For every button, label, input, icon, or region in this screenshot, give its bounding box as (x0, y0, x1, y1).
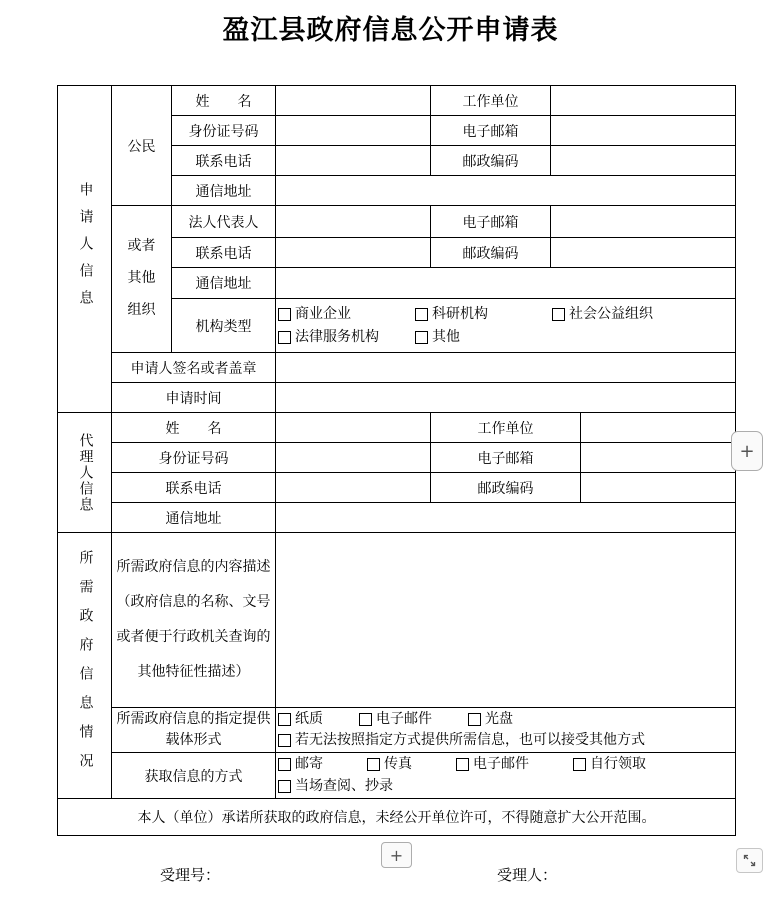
checkbox-option-fax[interactable]: 传真 (367, 754, 412, 776)
section-applicant-info: 申请人信息 (58, 86, 112, 413)
agent-email-label: 电子邮箱 (431, 443, 581, 473)
checkbox-icon[interactable] (573, 758, 586, 771)
agent-name-label: 姓 名 (112, 413, 276, 443)
section-label-required-info: 所需政府信息情况 (75, 550, 95, 782)
citizen-email-value-cell[interactable] (551, 116, 736, 146)
form-page: 盈江县政府信息公开申请表 申请人信息 公民 姓 名 工作单位 身份证号码 电子邮… (0, 0, 781, 898)
citizen-email-label: 电子邮箱 (431, 116, 551, 146)
expand-icon (743, 854, 756, 867)
org-legal-rep-label: 法人代表人 (172, 206, 276, 238)
citizen-name-label: 姓 名 (172, 86, 276, 116)
checkbox-label: 当场查阅、抄录 (295, 776, 393, 798)
signature-label: 申请人签名或者盖章 (112, 353, 276, 383)
info-description-value-cell[interactable] (276, 533, 736, 708)
info-description-label: 所需政府信息的内容描述（政府信息的名称、文号或者便于行政机关查询的其他特征性描述… (112, 533, 276, 708)
checkbox-option-other-org[interactable]: 其他 (415, 326, 552, 349)
info-obtain-options-cell: 邮寄 传真 电子邮件 自行领取 当场查阅、抄录 (276, 753, 736, 799)
agent-name-value-cell[interactable] (276, 413, 431, 443)
checkbox-label: 若无法按照指定方式提供所需信息，也可以接受其他方式 (295, 730, 645, 751)
checkbox-option-research[interactable]: 科研机构 (415, 303, 552, 326)
citizen-id-label: 身份证号码 (172, 116, 276, 146)
checkbox-label: 社会公益组织 (569, 303, 653, 326)
checkbox-icon[interactable] (278, 734, 291, 747)
checkbox-label: 法律服务机构 (295, 326, 379, 349)
citizen-phone-label: 联系电话 (172, 146, 276, 176)
plus-icon: + (390, 846, 403, 865)
checkbox-option-self-pickup[interactable]: 自行领取 (573, 754, 646, 776)
org-phone-value-cell[interactable] (276, 238, 431, 268)
apply-time-value-cell[interactable] (276, 383, 736, 413)
info-carrier-options-cell: 纸质 电子邮件 光盘 若无法按照指定方式提供所需信息，也可以接受其他方式 (276, 708, 736, 753)
agent-address-label: 通信地址 (112, 503, 276, 533)
checkbox-label: 自行领取 (590, 754, 646, 776)
category-organization: 或者 其他 组织 (112, 206, 172, 353)
checkbox-label: 其他 (432, 326, 460, 349)
checkbox-option-mail[interactable]: 邮寄 (278, 754, 323, 776)
agent-id-value-cell[interactable] (276, 443, 431, 473)
signature-value-cell[interactable] (276, 353, 736, 383)
agent-work-unit-value-cell[interactable] (581, 413, 736, 443)
section-label-agent: 代理人信息 (75, 433, 95, 513)
checkbox-icon[interactable] (278, 331, 291, 344)
checkbox-label: 电子邮件 (473, 754, 529, 776)
section-required-info: 所需政府信息情况 (58, 533, 112, 799)
agent-work-unit-label: 工作单位 (431, 413, 581, 443)
checkbox-option-legal-service[interactable]: 法律服务机构 (278, 326, 415, 349)
citizen-postcode-value-cell[interactable] (551, 146, 736, 176)
agent-phone-label: 联系电话 (112, 473, 276, 503)
plus-icon: + (739, 441, 754, 462)
acceptance-person-label: 受理人： (497, 864, 557, 885)
org-type-options-cell: 商业企业 科研机构 社会公益组织 法律服务机构 其他 (276, 299, 736, 353)
citizen-id-value-cell[interactable] (276, 116, 431, 146)
org-email-label: 电子邮箱 (431, 206, 551, 238)
checkbox-icon[interactable] (278, 758, 291, 771)
org-address-label: 通信地址 (172, 268, 276, 299)
checkbox-icon[interactable] (456, 758, 469, 771)
checkbox-label: 纸质 (295, 709, 323, 730)
checkbox-option-commercial[interactable]: 商业企业 (278, 303, 415, 326)
agent-address-value-cell[interactable] (276, 503, 736, 533)
agent-email-value-cell[interactable] (581, 443, 736, 473)
checkbox-icon[interactable] (468, 713, 481, 726)
agent-postcode-value-cell[interactable] (581, 473, 736, 503)
citizen-name-value-cell[interactable] (276, 86, 431, 116)
checkbox-icon[interactable] (415, 308, 428, 321)
org-legal-rep-value-cell[interactable] (276, 206, 431, 238)
info-carrier-label: 所需政府信息的指定提供载体形式 (112, 708, 276, 753)
checkbox-label: 传真 (384, 754, 412, 776)
citizen-address-value-cell[interactable] (276, 176, 736, 206)
section-agent-info: 代理人信息 (58, 413, 112, 533)
add-button-bottom[interactable]: + (381, 842, 412, 868)
checkbox-icon[interactable] (278, 713, 291, 726)
checkbox-icon[interactable] (552, 308, 565, 321)
checkbox-label: 科研机构 (432, 303, 488, 326)
org-postcode-label: 邮政编码 (431, 238, 551, 268)
checkbox-icon[interactable] (415, 331, 428, 344)
category-citizen: 公民 (112, 86, 172, 206)
checkbox-label: 邮寄 (295, 754, 323, 776)
checkbox-label: 商业企业 (295, 303, 351, 326)
promise-statement: 本人（单位）承诺所获取的政府信息，未经公开单位许可，不得随意扩大公开范围。 (58, 799, 736, 836)
checkbox-label: 电子邮件 (376, 709, 432, 730)
agent-id-label: 身份证号码 (112, 443, 276, 473)
checkbox-option-paper[interactable]: 纸质 (278, 709, 323, 730)
info-obtain-label: 获取信息的方式 (112, 753, 276, 799)
checkbox-icon[interactable] (278, 308, 291, 321)
acceptance-no-label: 受理号： (160, 864, 220, 885)
checkbox-icon[interactable] (367, 758, 380, 771)
citizen-postcode-label: 邮政编码 (431, 146, 551, 176)
checkbox-option-accept-other-way[interactable]: 若无法按照指定方式提供所需信息，也可以接受其他方式 (278, 730, 645, 751)
org-email-value-cell[interactable] (551, 206, 736, 238)
checkbox-icon[interactable] (278, 780, 291, 793)
agent-phone-value-cell[interactable] (276, 473, 431, 503)
agent-postcode-label: 邮政编码 (431, 473, 581, 503)
citizen-address-label: 通信地址 (172, 176, 276, 206)
citizen-phone-value-cell[interactable] (276, 146, 431, 176)
org-address-value-cell[interactable] (276, 268, 736, 299)
org-postcode-value-cell[interactable] (551, 238, 736, 268)
section-label-applicant: 申请人信息 (75, 182, 95, 317)
page-title: 盈江县政府信息公开申请表 (0, 8, 781, 47)
citizen-work-unit-value-cell[interactable] (551, 86, 736, 116)
checkbox-option-onsite-read-copy[interactable]: 当场查阅、抄录 (278, 776, 393, 798)
checkbox-option-cd[interactable]: 光盘 (468, 709, 513, 730)
checkbox-option-public-welfare[interactable]: 社会公益组织 (552, 303, 689, 326)
add-button-right[interactable]: + (731, 431, 763, 471)
citizen-work-unit-label: 工作单位 (431, 86, 551, 116)
org-type-label: 机构类型 (172, 299, 276, 353)
expand-button[interactable] (736, 848, 763, 873)
checkbox-option-email-carrier[interactable]: 电子邮件 (359, 709, 432, 730)
apply-time-label: 申请时间 (112, 383, 276, 413)
checkbox-label: 光盘 (485, 709, 513, 730)
checkbox-icon[interactable] (359, 713, 372, 726)
checkbox-option-email-obtain[interactable]: 电子邮件 (456, 754, 529, 776)
application-form-table: 申请人信息 公民 姓 名 工作单位 身份证号码 电子邮箱 联系电话 邮政编码 (57, 85, 736, 836)
org-phone-label: 联系电话 (172, 238, 276, 268)
